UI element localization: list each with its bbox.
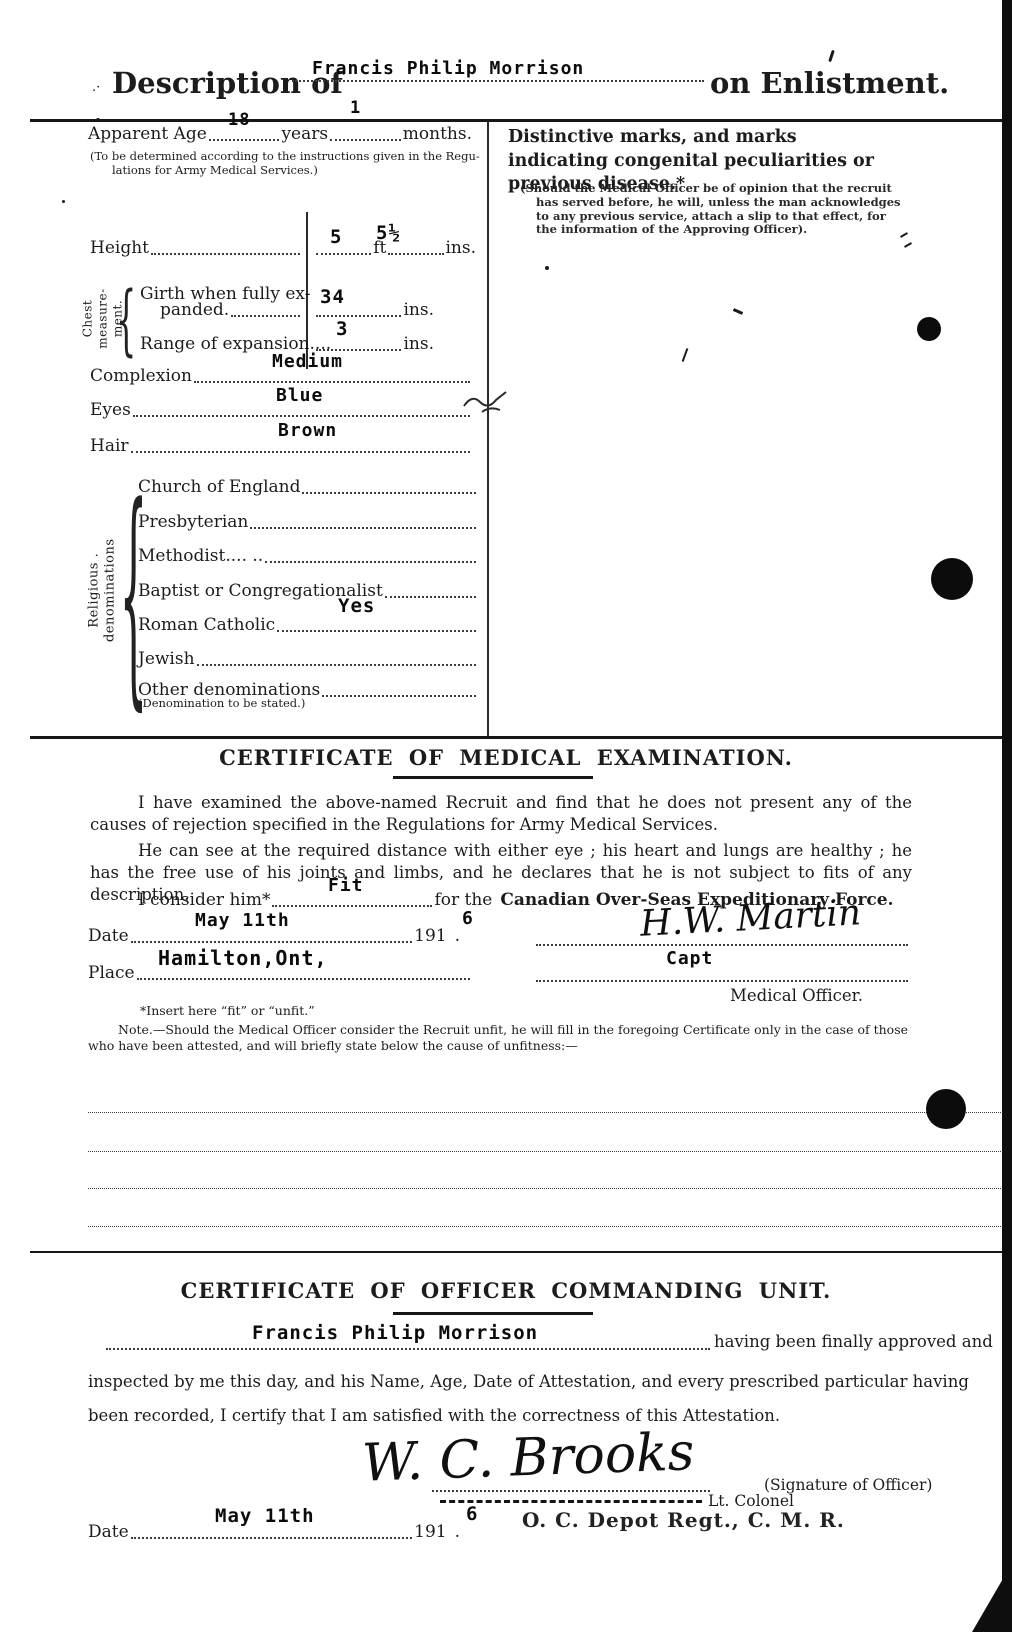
insert-note: *Insert here “fit” or “unfit.”	[140, 1003, 315, 1018]
medical-certificate-heading: CERTIFICATE OF MEDICAL EXAMINATION.	[0, 745, 1012, 770]
distinctive-marks-note: (Should the Medical Officer be of opinio…	[520, 182, 908, 237]
eyes-fill	[133, 410, 470, 417]
medical-note: Note.—Should the Medical Officer conside…	[88, 1022, 912, 1055]
chest-brace: {	[116, 281, 136, 358]
consider-value: Fit	[328, 875, 364, 896]
scan-speck	[96, 118, 100, 122]
complexion-label: Complexion	[90, 366, 192, 386]
religion-fill	[197, 659, 476, 666]
scan-speck	[682, 348, 689, 362]
eyes-label: Eyes	[90, 400, 131, 420]
commanding-signature-line	[432, 1490, 710, 1492]
scan-edge-bar	[1002, 0, 1012, 1632]
year-printed: 191	[414, 926, 446, 946]
chest-side-label: Chest measure- ment.	[53, 288, 153, 348]
religion-row-3: Baptist or Congregationalist	[138, 581, 478, 601]
page-title-prefix: Description of	[112, 66, 343, 100]
top-rule	[30, 119, 1003, 122]
punch-hole-3	[926, 1089, 966, 1129]
religion-label: Methodist.... ..	[138, 546, 263, 566]
height-ft-value: 5	[330, 226, 342, 248]
commanding-body-line1: inspected by me this day, and his Name, …	[88, 1372, 1004, 1391]
enlistment-form-page: .· Description of Francis Philip Morriso…	[0, 0, 1012, 1632]
religion-fill	[322, 690, 476, 697]
scan-speck	[904, 242, 912, 248]
range-ins-label: ins.	[403, 334, 434, 354]
year-printed: 191	[414, 1522, 446, 1542]
commanding-officer-signature: W. C. Brooks	[361, 1422, 695, 1494]
consider-mid: for the	[434, 890, 492, 910]
page-title-suffix: on Enlistment.	[710, 66, 949, 100]
medical-officer-label: Medical Officer.	[730, 986, 863, 1005]
height-fill-line	[151, 248, 300, 255]
description-bottom-rule	[30, 736, 1003, 739]
girth-ins-label: ins.	[403, 300, 434, 320]
height-ins-fill	[388, 248, 443, 255]
religion-fill	[265, 556, 476, 563]
section-divider-rule	[30, 1251, 1003, 1253]
punch-hole-2	[931, 558, 973, 600]
medical-heading-rule	[393, 776, 593, 779]
age-fill-line	[209, 134, 280, 141]
place-label: Place	[88, 963, 135, 983]
religion-label: Jewish	[138, 649, 195, 669]
stray-typed-one: 1	[350, 98, 361, 118]
months-label: months.	[403, 124, 472, 144]
unit-value: O. C. Depot Regt., C. M. R.	[522, 1508, 845, 1532]
blank-line-4	[88, 1226, 1003, 1227]
girth-ins-fill	[316, 310, 401, 317]
religion-row-4: Roman Catholic	[138, 615, 478, 635]
religion-fill	[302, 487, 476, 494]
recruit-name-typed: Francis Philip Morrison	[312, 58, 584, 79]
place-value: Hamilton,Ont,	[158, 946, 328, 970]
punch-hole-1	[917, 317, 941, 341]
commanding-certificate-heading: CERTIFICATE OF OFFICER COMMANDING UNIT.	[0, 1278, 1012, 1303]
scan-speck	[733, 308, 743, 315]
apparent-age-row: Apparent Age years months.	[88, 124, 472, 144]
hair-value: Brown	[278, 420, 337, 441]
commanding-body-line2: been recorded, I certify that I am satis…	[88, 1406, 1004, 1425]
date-fill	[131, 936, 412, 943]
medical-officer-line	[536, 980, 908, 982]
height-ins-value: 5½	[376, 222, 401, 244]
medical-year-digit: 6	[462, 908, 474, 929]
religion-row-0: Church of England	[138, 477, 478, 497]
religion-label: Presbyterian	[138, 512, 248, 532]
age-note-line1: (To be determined according to the instr…	[90, 150, 482, 164]
blank-line-3	[88, 1188, 1003, 1189]
pen-mark	[462, 388, 508, 420]
ins-label: ins.	[446, 238, 477, 258]
months-fill-line	[330, 134, 401, 141]
religion-row-5: Jewish	[138, 649, 478, 669]
commanding-date-value: May 11th	[215, 1505, 315, 1527]
approved-suffix: having been finally approved and	[714, 1332, 993, 1351]
medical-officer-rank: Capt	[666, 948, 713, 969]
eyes-value: Blue	[276, 385, 323, 406]
religion-fill	[277, 625, 476, 632]
scan-corner-fold	[972, 1577, 1004, 1632]
girth-label-line2: panded.	[160, 300, 229, 320]
place-fill	[137, 973, 470, 980]
consider-fill	[272, 900, 432, 907]
medical-date-value: May 11th	[195, 910, 290, 931]
complexion-fill	[194, 376, 470, 383]
religion-row-2: Methodist.... ..	[138, 546, 478, 566]
religion-label: Church of England	[138, 477, 300, 497]
commanding-name-line	[106, 1348, 710, 1350]
religion-row-1: Presbyterian	[138, 512, 478, 532]
date-label: Date	[88, 926, 129, 946]
scan-speck	[828, 50, 835, 62]
commanding-year-digit: 6	[466, 1503, 478, 1525]
range-value: 3	[336, 318, 348, 340]
commanding-name-value: Francis Philip Morrison	[252, 1322, 538, 1344]
apparent-age-value: 18	[228, 110, 250, 130]
scan-mark: .·	[92, 80, 100, 95]
apparent-age-label: Apparent Age	[88, 124, 207, 144]
girth-label-line2-row: panded.	[160, 300, 302, 320]
girth-fill-line	[231, 310, 300, 317]
height-ft-fill	[316, 248, 371, 255]
signature-dash-rule	[440, 1500, 702, 1503]
religion-fill	[385, 591, 476, 598]
age-note: (To be determined according to the instr…	[90, 150, 482, 178]
religion-fill	[250, 522, 476, 529]
medical-signature-line	[536, 944, 908, 946]
date-fill	[131, 1532, 412, 1539]
commanding-heading-rule	[393, 1312, 593, 1315]
hair-label: Hair	[90, 436, 129, 456]
age-note-line2: lations for Army Medical Services.)	[90, 164, 482, 178]
scan-speck	[62, 200, 65, 203]
medical-para1: I have examined the above-named Recruit …	[90, 792, 912, 836]
column-divider	[487, 121, 489, 738]
other-denominations-note: (Denomination to be stated.)	[138, 697, 305, 711]
blank-line-2	[88, 1151, 1003, 1152]
complexion-value: Medium	[272, 351, 343, 372]
height-label: Height	[90, 238, 149, 258]
name-fill-line	[292, 80, 704, 82]
range-ins-fill	[316, 344, 401, 351]
years-label: years	[281, 124, 328, 144]
religion-answer: Yes	[338, 595, 375, 617]
scan-speck	[545, 266, 549, 270]
religion-label: Roman Catholic	[138, 615, 275, 635]
height-label-row: Height	[90, 238, 302, 258]
hair-fill	[131, 446, 470, 453]
date-label: Date	[88, 1522, 129, 1542]
girth-value: 34	[320, 286, 345, 308]
consider-label: I consider him*	[138, 890, 270, 910]
blank-line-1	[88, 1112, 1003, 1113]
